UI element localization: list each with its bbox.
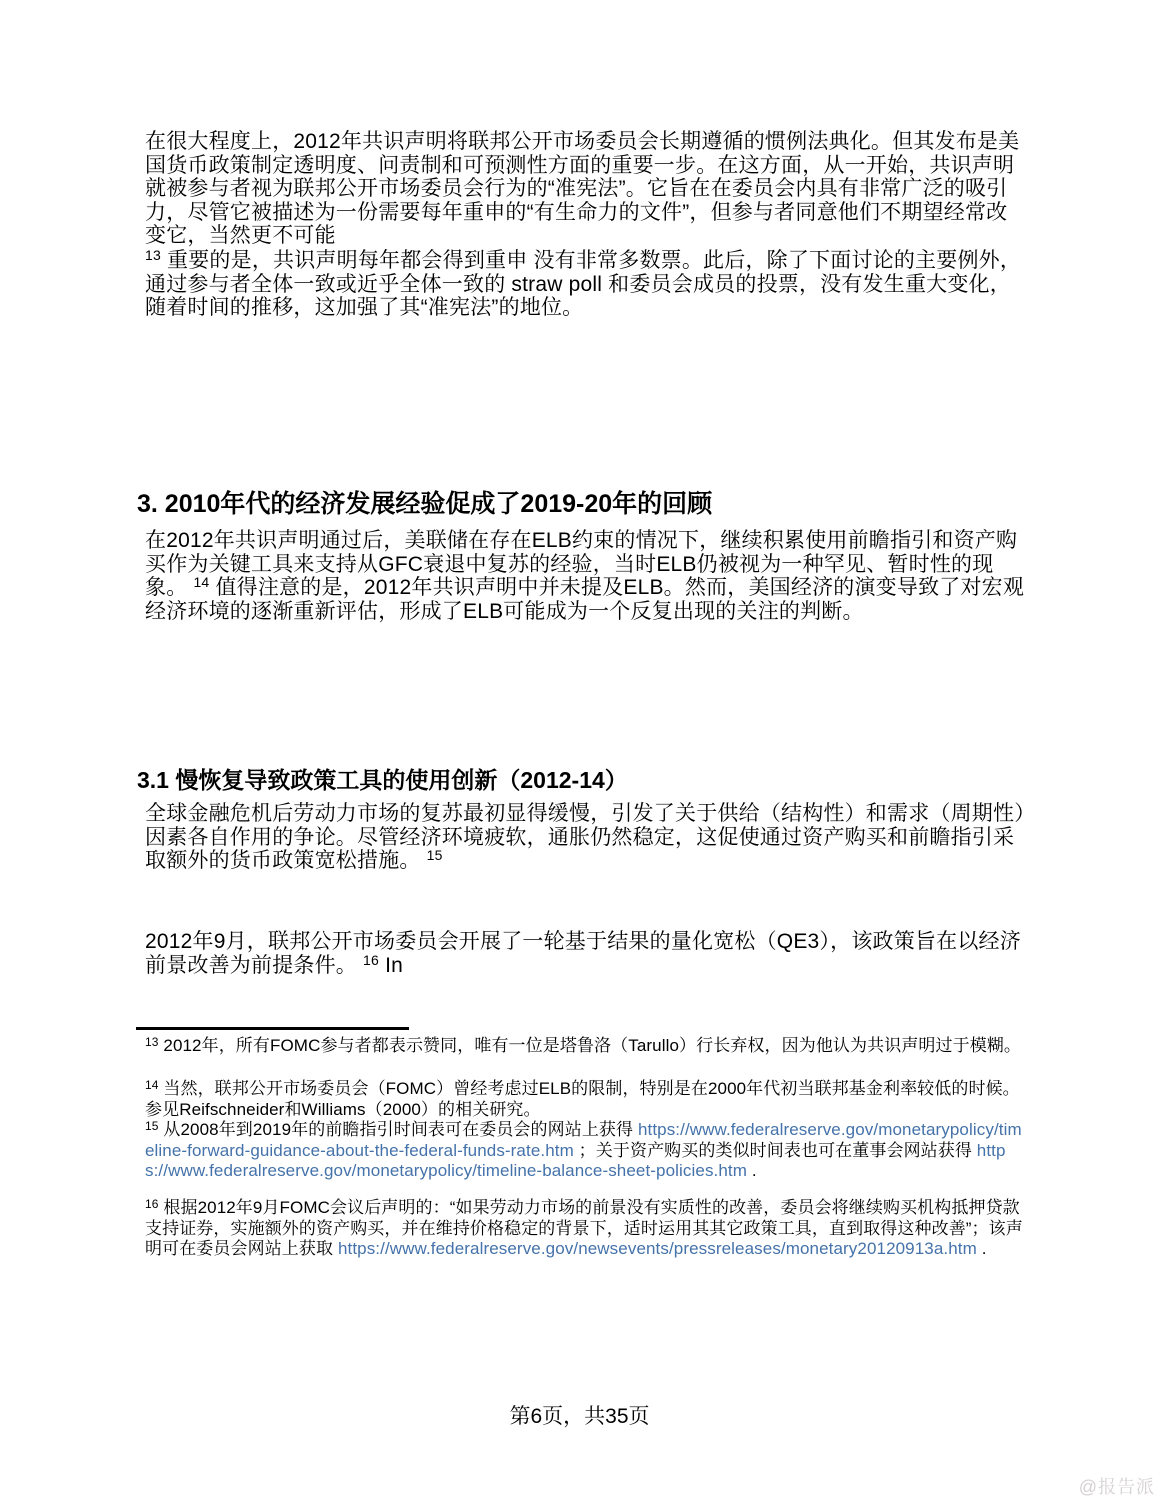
section-3-paragraph: 在2012年共识声明通过后，美联储在存在ELB约束的情况下，继续积累使用前瞻指引… [145, 529, 1025, 623]
footnote-16: 16 根据2012年9月FOMC会议后声明的：“如果劳动力市场的前景没有实质性的… [145, 1198, 1025, 1260]
footnote-14-marker: 14 [145, 1078, 159, 1092]
footnote-15: 15 从2008年到2019年的前瞻指引时间表可在委员会的网站上获得 https… [145, 1120, 1025, 1182]
section-31-paragraph-1: 全球金融危机后劳动力市场的复苏最初显得缓慢，引发了关于供给（结构性）和需求（周期… [145, 802, 1025, 873]
footnote-ref-14: 14 [193, 574, 209, 590]
footnote-ref-15: 15 [427, 847, 443, 863]
footnote-ref-16: 16 [363, 952, 379, 968]
section-31-paragraph-2-part2: In [379, 954, 403, 977]
footnote-13: 13 2012年，所有FOMC参与者都表示赞同，唯有一位是塔鲁洛（Tarullo… [145, 1036, 1025, 1057]
paragraph-annual-reaffirmation-text: 重要的是，共识声明每年都会得到重申 没有非常多数票。此后，除了下面讨论的主要例外… [145, 249, 1021, 319]
section-31-paragraph-1-text: 全球金融危机后劳动力市场的复苏最初显得缓慢，引发了关于供给（结构性）和需求（周期… [145, 802, 1025, 872]
paragraph-annual-reaffirmation: 13 重要的是，共识声明每年都会得到重申 没有非常多数票。此后，除了下面讨论的主… [145, 249, 1025, 320]
paragraph-consensus-codified: 在很大程度上，2012年共识声明将联邦公开市场委员会长期遵循的惯例法典化。但其发… [145, 130, 1025, 248]
footnote-14: 14 当然，联邦公开市场委员会（FOMC）曾经考虑过ELB的限制，特别是在200… [145, 1079, 1025, 1120]
footnote-16-text-2: . [977, 1239, 987, 1258]
section-31-paragraph-2-part1: 2012年9月，联邦公开市场委员会开展了一轮基于结果的量化宽松（QE3），该政策… [145, 930, 1021, 977]
section-31-paragraph-2: 2012年9月，联邦公开市场委员会开展了一轮基于结果的量化宽松（QE3），该政策… [145, 930, 1025, 977]
section-3-heading: 3. 2010年代的经济发展经验促成了2019-20年的回顾 [137, 490, 1037, 518]
page-number: 第6页，共35页 [0, 1405, 1159, 1429]
footnote-15-text-2: ；关于资产购买的类似时间表也可在董事会网站获得 [574, 1141, 977, 1160]
section-3-paragraph-part2: 值得注意的是，2012年共识声明中并未提及ELB。然而，美国经济的演变导致了对宏… [145, 576, 1024, 623]
footnote-13-marker: 13 [145, 1035, 159, 1049]
footnote-15-text-1: 从2008年到2019年的前瞻指引时间表可在委员会的网站上获得 [159, 1120, 638, 1139]
footnote-ref-13: 13 [145, 247, 161, 263]
footnote-16-link-press-release[interactable]: https://www.federalreserve.gov/newsevent… [338, 1239, 977, 1258]
footnote-13-text: 2012年，所有FOMC参与者都表示赞同，唯有一位是塔鲁洛（Tarullo）行长… [159, 1036, 1021, 1055]
footnote-16-marker: 16 [145, 1197, 159, 1211]
footnote-15-marker: 15 [145, 1119, 159, 1133]
footnote-14-text: 当然，联邦公开市场委员会（FOMC）曾经考虑过ELB的限制，特别是在2000年代… [145, 1079, 1020, 1119]
section-31-heading: 3.1 慢恢复导致政策工具的使用创新（2012-14） [137, 767, 1037, 793]
footnote-separator-rule [136, 1027, 409, 1030]
watermark: @报告派 [1079, 1473, 1155, 1499]
document-page: 在很大程度上，2012年共识声明将联邦公开市场委员会长期遵循的惯例法典化。但其发… [0, 0, 1159, 1500]
footnote-15-text-3: . [747, 1161, 757, 1180]
